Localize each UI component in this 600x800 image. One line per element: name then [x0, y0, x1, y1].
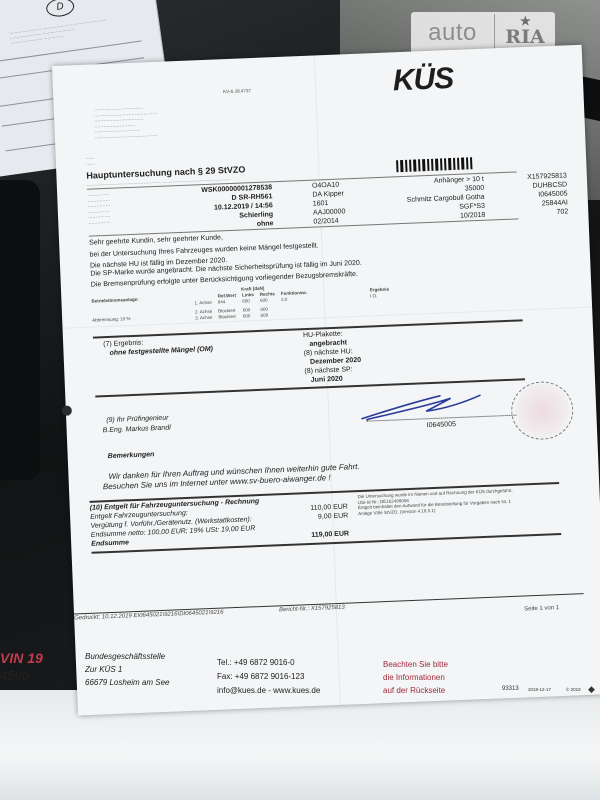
- official-stamp: [510, 380, 574, 440]
- invoice-total: 119,00 EUR: [291, 529, 349, 540]
- kus-logo: KÜS: [392, 62, 454, 98]
- office-name: Bundesgeschäftsstelle: [85, 650, 170, 663]
- vin-tag: VIN 19: [0, 650, 43, 666]
- office-tel: Tel.: +49 6872 9016-0: [217, 656, 320, 670]
- office-web: info@kues.de - www.kues.de: [217, 684, 320, 698]
- form-number: 93313: [502, 686, 519, 692]
- reverse-side-notice: Beachten Sie bitte die Informationen auf…: [383, 658, 448, 697]
- braking-ratio: Abbremsung: 10 %: [92, 316, 130, 323]
- order-number: 702: [488, 207, 568, 219]
- punch-hole: [62, 405, 72, 415]
- background-rail-left: [0, 180, 40, 480]
- barcode: [396, 157, 472, 172]
- sender-address: ……………………………………………………………………………………………………………: [94, 102, 205, 139]
- office-footer: VIN 19 4590 Bundesgeschäftsstelle Zur KÜ…: [0, 648, 600, 708]
- star-icon: ★: [520, 15, 531, 27]
- kus-emblem-icon: ◆: [588, 684, 595, 695]
- header-code: KV-& 28.4737: [223, 88, 251, 95]
- country-badge: D: [45, 0, 75, 18]
- office-street: Zur KÜS 1: [85, 663, 170, 676]
- inspector-id-below-signature: I0645005: [427, 420, 457, 430]
- copyright: © 2018: [566, 687, 581, 692]
- hu-plakette-block: HU-Plakette: angebracht (8) nächste HU: …: [303, 326, 445, 386]
- recipient-address: …………: [86, 154, 95, 165]
- vin-number: 4590: [0, 668, 29, 683]
- report-number-footer: Bericht-Nr.: X157925813: [279, 606, 345, 614]
- inspection-report: KÜS KV-& 28.4737 ………………………………………………………………: [52, 45, 600, 716]
- invoice-notes: Die Untersuchung wurde im Namen und auf …: [357, 486, 558, 516]
- office-city: 66679 Losheim am See: [85, 676, 170, 689]
- remarks-title: Bemerkungen: [108, 450, 155, 461]
- form-date: 2018-12-17: [528, 687, 551, 692]
- office-contact: Tel.: +49 6872 9016-0 Fax: +49 6872 9016…: [217, 656, 320, 698]
- brake-section-label: Betriebsbremsanlage:: [91, 297, 138, 304]
- office-address: Bundesgeschäftsstelle Zur KÜS 1 66679 Lo…: [85, 650, 170, 689]
- office-fax: Fax: +49 6872 9016-123: [217, 670, 320, 684]
- fine-print: …………………… …………………… ………………………………………… ………………: [9, 10, 150, 44]
- page-indicator: Seite 1 von 1: [524, 606, 559, 613]
- inspector-name: B.Eng. Markus Brandl: [102, 424, 170, 436]
- invoice-amounts: 110,00 EUR 9,00 EUR 119,00 EUR: [290, 502, 349, 540]
